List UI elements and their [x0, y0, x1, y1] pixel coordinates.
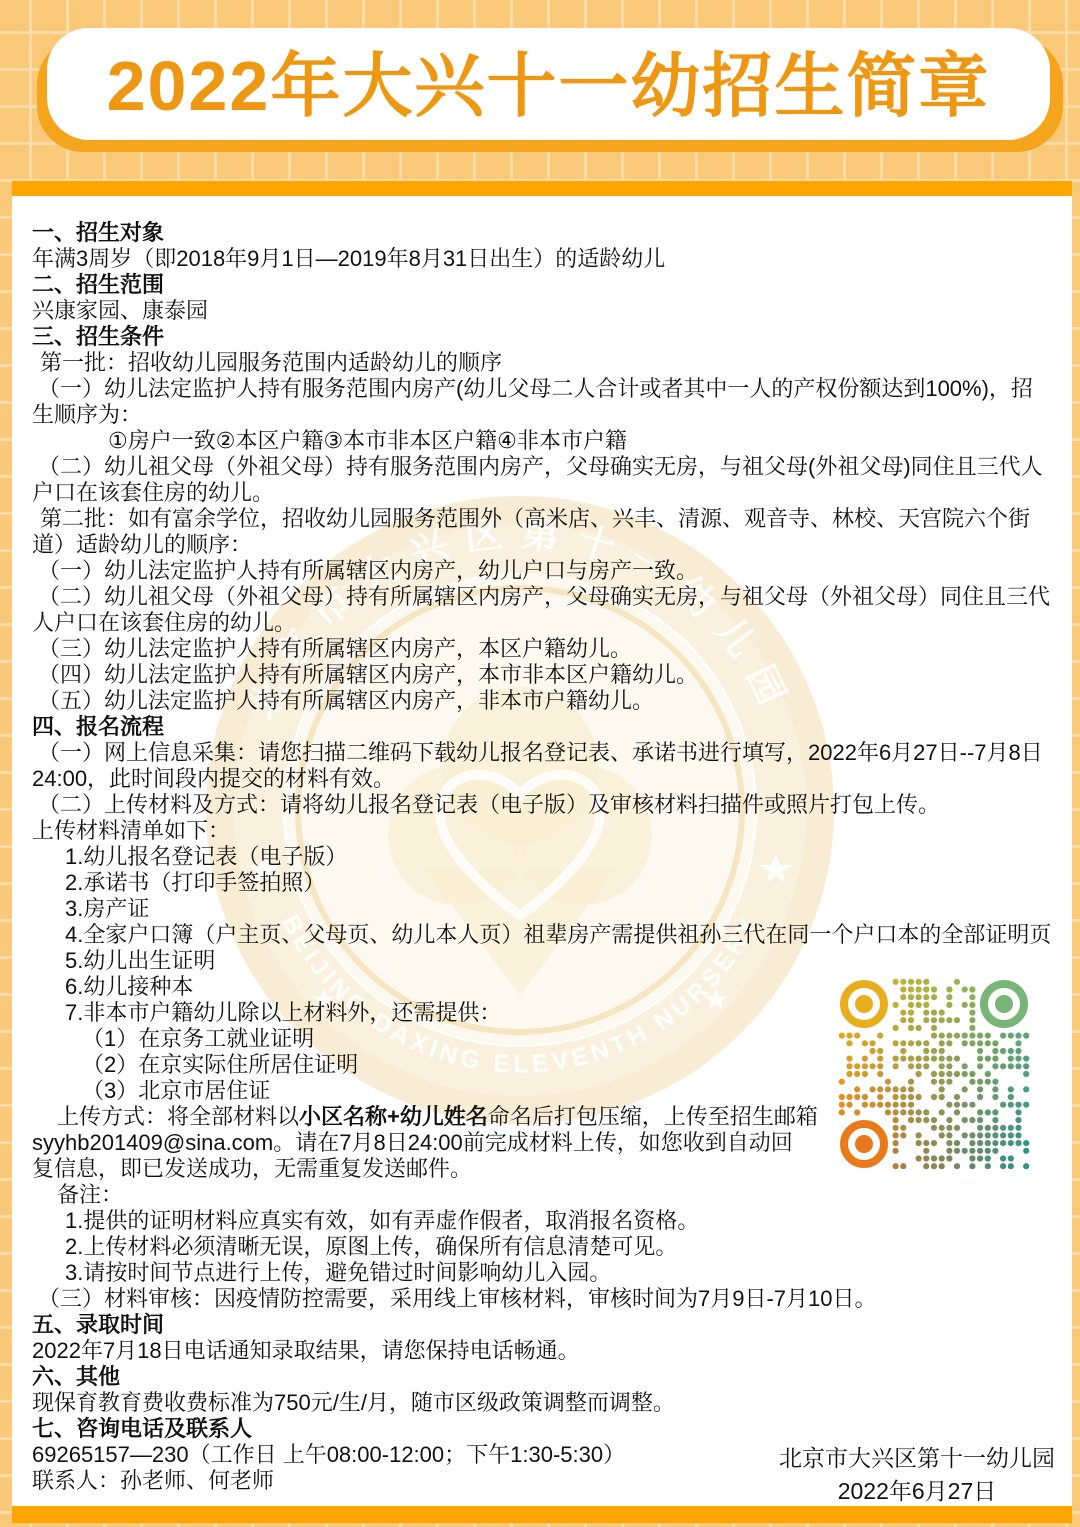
- doc-line: 生顺序为：: [12, 402, 1072, 428]
- page-title: 2022年大兴十一幼招生简章: [47, 28, 1050, 140]
- doc-line: （二）幼儿祖父母（外祖父母）持有服务范围内房产，父母确实无房，与祖父母(外祖父母…: [12, 454, 1072, 480]
- doc-line-text: 二、招生范围: [32, 272, 164, 297]
- doc-line-text: （一）幼儿法定监护人持有服务范围内房产(幼儿父母二人合计或者其中一人的产权份额达…: [38, 376, 1033, 401]
- qr-finder-top-right: [984, 984, 1024, 1024]
- doc-line: （一）幼儿法定监护人持有所属辖区内房产，幼儿户口与房产一致。: [12, 558, 1072, 584]
- doc-line: 3.房产证: [12, 896, 1072, 922]
- doc-line-text: 3.请按时间节点进行上传，避免错过时间影响幼儿入园。: [65, 1260, 611, 1285]
- page: { "title": "2022年大兴十一幼招生简章", "theme": { …: [0, 0, 1080, 1527]
- doc-line: 第二批：如有富余学位，招收幼儿园服务范围外（高米店、兴丰、清源、观音寺、林校、天…: [12, 506, 1072, 532]
- doc-line-text: （3）北京市居住证: [82, 1078, 270, 1103]
- doc-line: 现保育教育费收费标准为750元/生/月，随市区级政策调整而调整。: [12, 1390, 1072, 1416]
- doc-line-text: （一）网上信息采集：请您扫描二维码下载幼儿报名登记表、承诺书进行填写，2022年…: [38, 740, 1043, 765]
- qr-finder-top-left: [844, 984, 884, 1024]
- doc-line-text: syyhb201409@sina.com。请在7月8日24:00前完成材料上传，…: [32, 1130, 793, 1155]
- doc-line-text: 第二批：如有富余学位，招收幼儿园服务范围外（高米店、兴丰、清源、观音寺、林校、天…: [40, 506, 1030, 531]
- signature-block: 北京市大兴区第十一幼儿园 2022年6月27日: [752, 1442, 1080, 1508]
- doc-line-text: ①房户一致②本区户籍③本市非本区户籍④非本市户籍: [108, 428, 627, 453]
- doc-line-text: 年满3周岁（即2018年9月1日—2019年8月31日出生）的适龄幼儿: [32, 246, 665, 271]
- doc-line-text: 生顺序为：: [32, 402, 142, 427]
- doc-line-text: 联系人：孙老师、何老师: [32, 1468, 274, 1493]
- document-lines: 一、招生对象年满3周岁（即2018年9月1日—2019年8月31日出生）的适龄幼…: [12, 220, 1072, 1494]
- doc-line: 1.提供的证明材料应真实有效，如有弄虚作假者，取消报名资格。: [12, 1208, 1072, 1234]
- doc-line-text: 五、录取时间: [32, 1312, 164, 1337]
- doc-line-text: （四）幼儿法定监护人持有所属辖区内房产，本市非本区户籍幼儿。: [38, 662, 698, 687]
- signature-date: 2022年6月27日: [752, 1475, 1080, 1508]
- doc-line: 一、招生对象: [12, 220, 1072, 246]
- signature-org: 北京市大兴区第十一幼儿园: [752, 1442, 1080, 1475]
- doc-line: 人户口在该套住房的幼儿。: [12, 610, 1072, 636]
- doc-line: 六、其他: [12, 1364, 1072, 1390]
- doc-line-text: 69265157—230（工作日 上午08:00-12:00；下午1:30-5:…: [32, 1442, 625, 1467]
- doc-line-text: 上传方式：将全部材料以: [57, 1104, 299, 1129]
- doc-line: （五）幼儿法定监护人持有所属辖区内房产，非本市户籍幼儿。: [12, 688, 1072, 714]
- doc-line-text: 2.上传材料必须清晰无误，原图上传，确保所有信息清楚可见。: [65, 1234, 677, 1259]
- document-body: 北京市大兴区第十一幼儿园 BEIJING DAXING ELEVENTH NUR…: [12, 196, 1072, 1506]
- doc-line: 5.幼儿出生证明: [12, 948, 1072, 974]
- top-accent-bar: [12, 181, 1072, 196]
- doc-line-text: 七、咨询电话及联系人: [32, 1416, 252, 1441]
- doc-line: （一）网上信息采集：请您扫描二维码下载幼儿报名登记表、承诺书进行填写，2022年…: [12, 740, 1072, 766]
- doc-line-text: （五）幼儿法定监护人持有所属辖区内房产，非本市户籍幼儿。: [38, 688, 654, 713]
- qr-finder-bottom-left: [844, 1124, 884, 1164]
- doc-line-text: 2022年7月18日电话通知录取结果，请您保持电话畅通。: [32, 1338, 580, 1363]
- doc-line: 三、招生条件: [12, 324, 1072, 350]
- doc-line-text: 兴康家园、康泰园: [32, 298, 208, 323]
- doc-line: 户口在该套住房的幼儿。: [12, 480, 1072, 506]
- doc-line-text: 一、招生对象: [32, 220, 164, 245]
- doc-line-text: （二）幼儿祖父母（外祖父母）持有服务范围内房产，父母确实无房，与祖父母(外祖父母…: [38, 454, 1043, 479]
- doc-line: （一）幼儿法定监护人持有服务范围内房产(幼儿父母二人合计或者其中一人的产权份额达…: [12, 376, 1072, 402]
- doc-line-text: 户口在该套住房的幼儿。: [32, 480, 274, 505]
- doc-line-text: （一）幼儿法定监护人持有所属辖区内房产，幼儿户口与房产一致。: [38, 558, 698, 583]
- bottom-accent-bar: [12, 1506, 1072, 1523]
- doc-line-text: 3.房产证: [65, 896, 149, 921]
- doc-line-text: （二）上传材料及方式：请将幼儿报名登记表（电子版）及审核材料扫描件或照片打包上传…: [38, 792, 940, 817]
- doc-line: （二）幼儿祖父母（外祖父母）持有所属辖区内房产，父母确实无房，与祖父母（外祖父母…: [12, 584, 1072, 610]
- doc-line-text: 现保育教育费收费标准为750元/生/月，随市区级政策调整而调整。: [32, 1390, 675, 1415]
- doc-line: 2022年7月18日电话通知录取结果，请您保持电话畅通。: [12, 1338, 1072, 1364]
- doc-line-text: 命名后打包压缩，上传至招生邮箱: [488, 1104, 818, 1129]
- doc-line-text: （1）在京务工就业证明: [82, 1026, 314, 1051]
- doc-line: （三）幼儿法定监护人持有所属辖区内房产，本区户籍幼儿。: [12, 636, 1072, 662]
- doc-line: （四）幼儿法定监护人持有所属辖区内房产，本市非本区户籍幼儿。: [12, 662, 1072, 688]
- doc-line-text: 上传材料清单如下：: [32, 818, 230, 843]
- doc-line: 四、报名流程: [12, 714, 1072, 740]
- doc-line-text: 7.非本市户籍幼儿除以上材料外，还需提供：: [65, 1000, 501, 1025]
- doc-line-text: 人户口在该套住房的幼儿。: [32, 610, 296, 635]
- title-card: 2022年大兴十一幼招生简章: [47, 28, 1050, 140]
- doc-line-text: 5.幼儿出生证明: [65, 948, 215, 973]
- doc-line-text: 1.提供的证明材料应真实有效，如有弄虚作假者，取消报名资格。: [65, 1208, 699, 1233]
- doc-line-text: 4.全家户口簿（户主页、父母页、幼儿本人页）祖辈房产需提供祖孙三代在同一个户口本…: [65, 922, 1051, 947]
- doc-line: 备注：: [12, 1182, 1072, 1208]
- doc-line: 24:00，此时间段内提交的材料有效。: [12, 766, 1072, 792]
- doc-line-text: 24:00，此时间段内提交的材料有效。: [32, 766, 395, 791]
- doc-line: 4.全家户口簿（户主页、父母页、幼儿本人页）祖辈房产需提供祖孙三代在同一个户口本…: [12, 922, 1072, 948]
- doc-line-text: 6.幼儿接种本: [65, 974, 193, 999]
- doc-line-text: 三、招生条件: [32, 324, 164, 349]
- doc-line-text: 六、其他: [32, 1364, 120, 1389]
- doc-line: （二）上传材料及方式：请将幼儿报名登记表（电子版）及审核材料扫描件或照片打包上传…: [12, 792, 1072, 818]
- doc-line: 兴康家园、康泰园: [12, 298, 1072, 324]
- registration-qr-code: [838, 978, 1030, 1170]
- doc-line: ①房户一致②本区户籍③本市非本区户籍④非本市户籍: [12, 428, 1072, 454]
- doc-line-text: （三）材料审核：因疫情防控需要，采用线上审核材料，审核时间为7月9日-7月10日…: [38, 1286, 877, 1311]
- doc-line-text: 备注：: [57, 1182, 123, 1207]
- doc-line: 2.承诺书（打印手签拍照）: [12, 870, 1072, 896]
- doc-line-text: （二）幼儿祖父母（外祖父母）持有所属辖区内房产，父母确实无房，与祖父母（外祖父母…: [38, 584, 1050, 609]
- doc-line: 七、咨询电话及联系人: [12, 1416, 1072, 1442]
- doc-line: 第一批：招收幼儿园服务范围内适龄幼儿的顺序: [12, 350, 1072, 376]
- doc-line-text: （2）在京实际住所居住证明: [82, 1052, 358, 1077]
- doc-line: 五、录取时间: [12, 1312, 1072, 1338]
- doc-line: （三）材料审核：因疫情防控需要，采用线上审核材料，审核时间为7月9日-7月10日…: [12, 1286, 1072, 1312]
- doc-line-text: （三）幼儿法定监护人持有所属辖区内房产，本区户籍幼儿。: [38, 636, 632, 661]
- doc-line: 上传材料清单如下：: [12, 818, 1072, 844]
- doc-line-text: 第一批：招收幼儿园服务范围内适龄幼儿的顺序: [40, 350, 502, 375]
- doc-line-text: 1.幼儿报名登记表（电子版）: [65, 844, 347, 869]
- doc-line: 1.幼儿报名登记表（电子版）: [12, 844, 1072, 870]
- doc-line: 二、招生范围: [12, 272, 1072, 298]
- doc-line: 3.请按时间节点进行上传，避免错过时间影响幼儿入园。: [12, 1260, 1072, 1286]
- doc-line-text: 2.承诺书（打印手签拍照）: [65, 870, 325, 895]
- doc-line-emphasis: 小区名称+幼儿姓名: [299, 1104, 488, 1129]
- doc-line: 2.上传材料必须清晰无误，原图上传，确保所有信息清楚可见。: [12, 1234, 1072, 1260]
- doc-line-text: 四、报名流程: [32, 714, 164, 739]
- doc-line: 年满3周岁（即2018年9月1日—2019年8月31日出生）的适龄幼儿: [12, 246, 1072, 272]
- doc-line-text: 复信息，即已发送成功，无需重复发送邮件。: [32, 1156, 472, 1181]
- doc-line: 道）适龄幼儿的顺序：: [12, 532, 1072, 558]
- doc-line-text: 道）适龄幼儿的顺序：: [32, 532, 252, 557]
